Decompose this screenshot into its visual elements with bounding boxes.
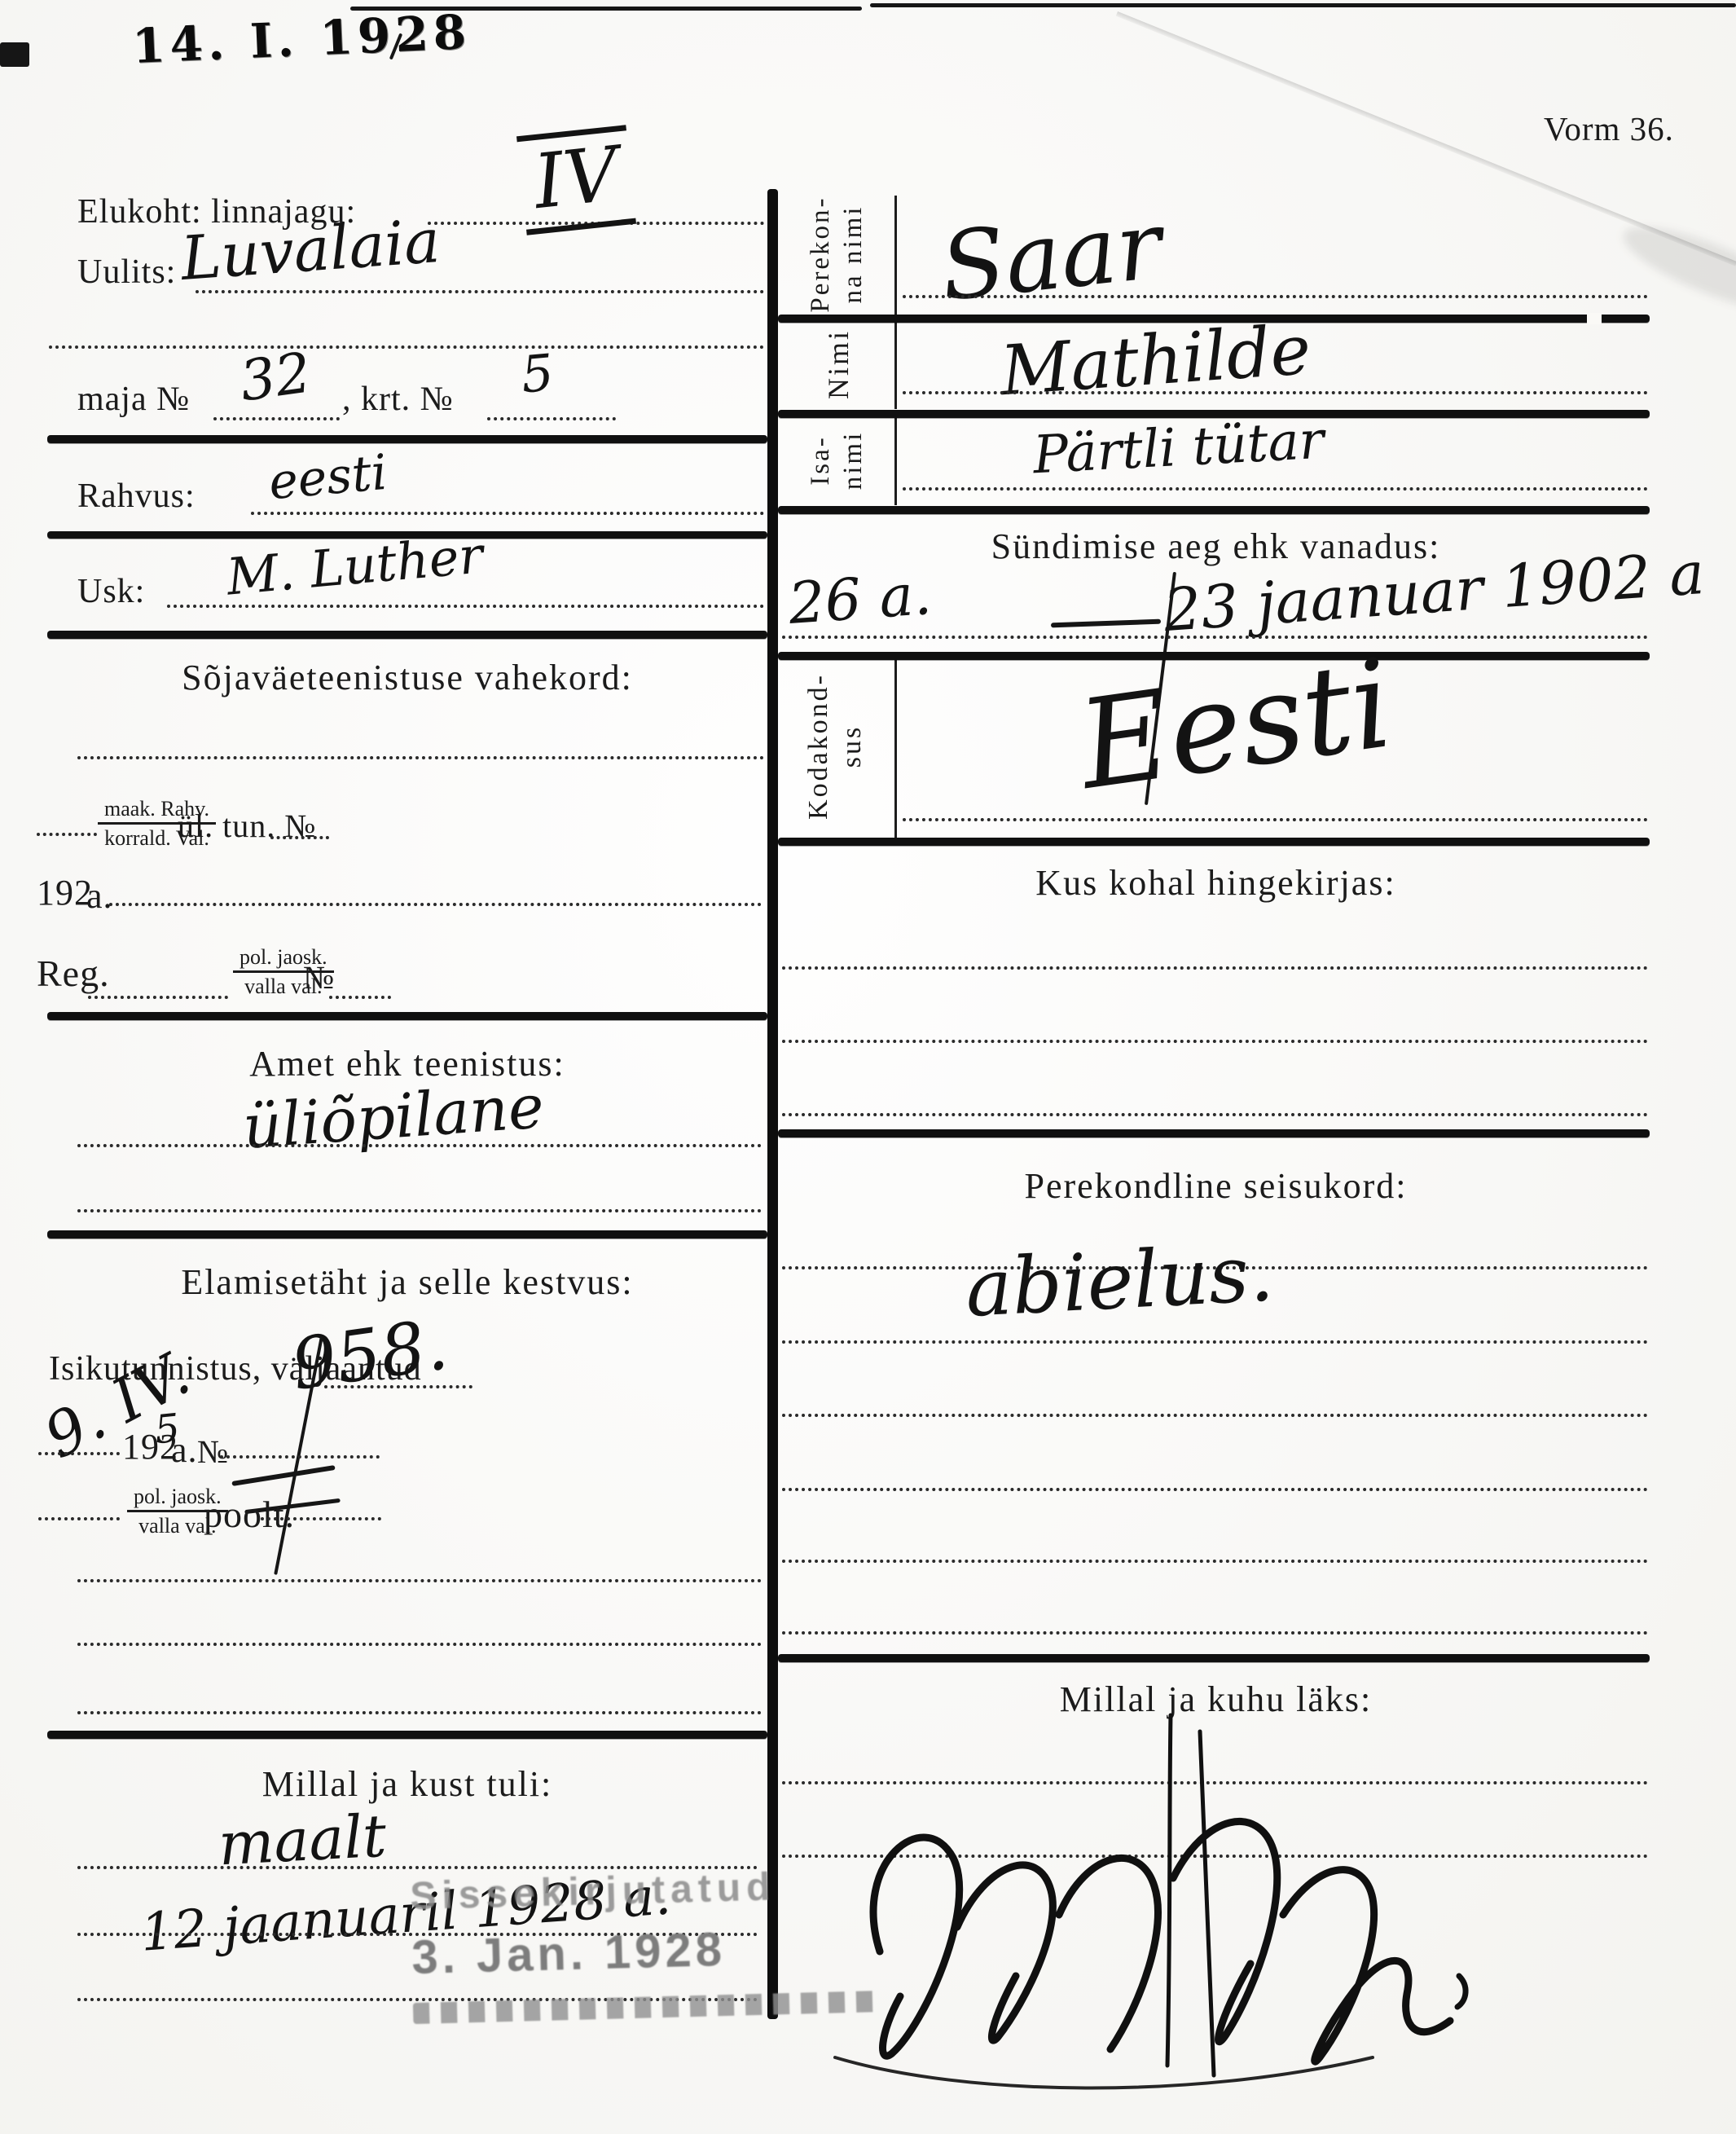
seisukord-value: abielus. [964, 1234, 1276, 1328]
isik-no-sign: № [197, 1432, 229, 1471]
dotted-line [77, 1209, 762, 1212]
dotted-line [167, 605, 764, 608]
section-divider [778, 1654, 1650, 1662]
dotted-line [782, 966, 1648, 970]
column-rule [767, 189, 778, 2019]
dotted-line [782, 1414, 1648, 1417]
krt-label: , krt. № [342, 380, 454, 419]
reg-no-sign: № [303, 958, 335, 997]
maja-value: 32 [237, 345, 314, 410]
pen-stroke [231, 1465, 335, 1486]
vanus-value: 26 a. [787, 565, 934, 632]
date-received-stamp: 14. I. 1928 [131, 4, 472, 74]
label-line: sus [836, 725, 869, 768]
dotted-line [903, 391, 1648, 394]
millal-tuli-heading: Millal ja kust tuli: [49, 1763, 766, 1805]
label-line: na nimi [837, 205, 870, 304]
poolt-label: poolt. [204, 1493, 295, 1536]
dotted-line [329, 996, 391, 999]
usk-value: M. Luther [225, 530, 485, 602]
year-suffix: a. [86, 875, 113, 917]
year-prefix: 192 [37, 872, 93, 913]
dotted-line [196, 290, 764, 293]
section-divider [47, 631, 767, 639]
section-divider [778, 838, 1650, 846]
label-rule [894, 414, 897, 505]
uulits-value: Luvalaia [179, 211, 442, 289]
dotted-line [37, 833, 97, 836]
kodakondsus-value: Eesti [1072, 643, 1399, 807]
section-divider [47, 1012, 767, 1020]
scan-edge-line [870, 3, 1736, 7]
scan-corner-blob [0, 42, 29, 67]
dotted-line [49, 345, 764, 349]
dotted-line [487, 417, 616, 420]
pen-dash [1051, 619, 1161, 628]
dotted-line [77, 1711, 762, 1714]
dotted-line [251, 512, 764, 515]
divider-notch [1587, 313, 1602, 324]
uulits-label: Uulits: [77, 253, 176, 292]
isik-year-suffix: a. [171, 1429, 198, 1471]
dotted-line [903, 487, 1648, 491]
dotted-line [782, 1631, 1648, 1635]
label-line: Kodakond- [802, 673, 836, 820]
section-divider [47, 1230, 767, 1239]
label-rule [894, 196, 897, 315]
label-line: nimi [837, 431, 870, 491]
dotted-line [270, 836, 329, 839]
dotted-line [782, 1040, 1648, 1043]
form-code: Vorm 36. [1544, 109, 1674, 148]
registration-card: 14. I. 1928 Vorm 36. Elukoht: linnajagu:… [0, 0, 1736, 2134]
kodakondsus-label: Kodakond- sus [775, 640, 897, 852]
reg-label: Reg. [37, 952, 110, 995]
paper-crease-smudge [1615, 211, 1736, 327]
hingekirjas-heading: Kus kohal hingekirjas: [782, 862, 1650, 904]
seisukord-heading: Perekondline seisukord: [782, 1165, 1650, 1207]
dotted-line [903, 295, 1648, 298]
dotted-line [38, 1452, 120, 1455]
section-divider [47, 1731, 767, 1739]
isanimi-value: Pärtli tütar [1032, 415, 1325, 482]
dotted-line [782, 1488, 1648, 1491]
dotted-line [782, 1340, 1648, 1344]
dotted-line [782, 1113, 1648, 1116]
amet-heading: Amet ehk teenistus: [49, 1043, 766, 1085]
tuli-value-1: maalt [217, 1806, 388, 1874]
rahvus-label: Rahvus: [77, 477, 196, 516]
dotted-line [903, 818, 1648, 821]
dotted-line [782, 1560, 1648, 1563]
usk-label: Usk: [77, 572, 145, 611]
dotted-line [324, 1385, 472, 1388]
dotted-line [782, 636, 1648, 639]
dotted-line [88, 996, 228, 999]
dotted-line [220, 1455, 380, 1459]
official-signature [802, 1707, 1479, 2098]
rahvus-value: eesti [267, 448, 389, 507]
dotted-line [109, 903, 762, 906]
dotted-line [77, 1144, 762, 1147]
label-line: Perekon- [805, 196, 837, 312]
sojavae-heading: Sõjaväeteenistuse vahekord: [49, 657, 766, 698]
dotted-line [77, 1579, 762, 1582]
dotted-line [38, 1517, 120, 1520]
dotted-line [77, 1643, 762, 1646]
elukoht-value: IV [516, 125, 636, 235]
dotted-line [261, 1517, 381, 1520]
elamistaht-heading: Elamisetäht ja selle kestvus: [49, 1261, 766, 1303]
krt-value: 5 [519, 347, 556, 400]
section-divider [778, 506, 1650, 514]
label-line: Isa- [805, 435, 837, 485]
label-rule [894, 319, 897, 409]
dotted-line [77, 756, 764, 759]
section-divider [778, 1129, 1650, 1137]
dotted-line [213, 417, 340, 420]
section-divider [47, 435, 767, 443]
maja-label: maja № [77, 380, 190, 419]
